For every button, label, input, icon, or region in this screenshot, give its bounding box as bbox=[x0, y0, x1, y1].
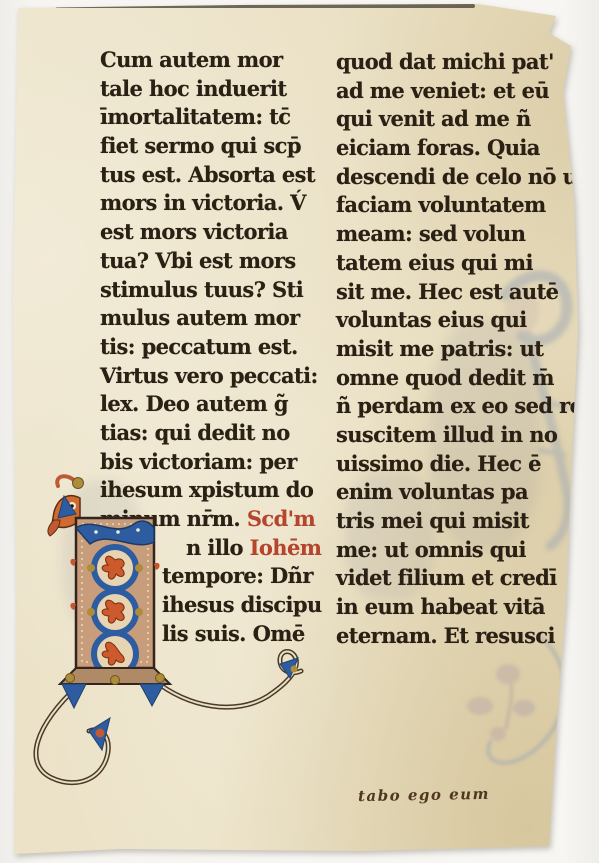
text-line: me: ut omnis qui bbox=[336, 536, 586, 565]
body-text: fiet sermo qui scp̄ bbox=[100, 133, 301, 158]
body-text: tus est. Absorta est bbox=[100, 162, 315, 187]
body-text: me: ut omnis qui bbox=[336, 537, 526, 562]
text-line: in eum habeat vitā bbox=[336, 593, 586, 622]
text-line: videt filium et credī bbox=[336, 564, 586, 593]
text-column-right: quod dat michi pat'ad me veniet: et eūqu… bbox=[336, 48, 586, 650]
text-line: misit me patris: ut bbox=[336, 335, 586, 364]
body-text: īmortalitatem: tc̄ bbox=[100, 104, 290, 129]
body-text: descendi de celo nō ut bbox=[336, 164, 586, 189]
text-line: eiciam foras. Quia bbox=[336, 134, 586, 163]
body-text: sit me. Hec est autē bbox=[336, 279, 558, 304]
showthrough-sprig-icon bbox=[420, 630, 590, 800]
body-text: eternam. Et resusci bbox=[336, 623, 555, 648]
text-line: tatem eius qui mi bbox=[336, 249, 586, 278]
text-line: ñ perdam ex eo sed re bbox=[336, 392, 586, 421]
flourish-right-tail-icon bbox=[154, 652, 301, 708]
text-line: meam: sed volun bbox=[336, 220, 586, 249]
text-line: fiet sermo qui scp̄ bbox=[100, 132, 322, 161]
illuminated-initial bbox=[18, 468, 318, 798]
body-text: est mors victoria bbox=[100, 219, 288, 244]
catchword: tabo ego eum bbox=[358, 785, 490, 805]
body-text: faciam voluntatem bbox=[336, 192, 546, 217]
text-line: enim voluntas pa bbox=[336, 478, 586, 507]
body-text: Virtus vero peccati: bbox=[100, 363, 318, 388]
body-text: eiciam foras. Quia bbox=[336, 135, 540, 160]
body-text: tua? Vbi est mors bbox=[100, 248, 296, 273]
text-line: Virtus vero peccati: bbox=[100, 362, 322, 391]
text-line: voluntas eius qui bbox=[336, 306, 586, 335]
body-text: uissimo die. Hec ē bbox=[336, 451, 541, 476]
body-text: enim voluntas pa bbox=[336, 479, 528, 504]
body-text: suscitem illud in no bbox=[336, 422, 557, 447]
text-line: tus est. Absorta est bbox=[100, 161, 322, 190]
body-text: tale hoc induerit bbox=[100, 76, 286, 101]
text-line: tias: qui dedit no bbox=[100, 419, 322, 448]
text-line: sit me. Hec est autē bbox=[336, 278, 586, 307]
text-line: mors in victoria. V́ bbox=[100, 189, 322, 218]
text-line: Cum autem mor bbox=[100, 46, 322, 75]
page-background: Cum autem mortale hoc indueritīmortalita… bbox=[0, 0, 599, 863]
body-text: tias: qui dedit no bbox=[100, 420, 290, 445]
body-text: misit me patris: ut bbox=[336, 336, 543, 361]
text-line: suscitem illud in no bbox=[336, 421, 586, 450]
body-text: tis: peccatum est. bbox=[100, 334, 298, 359]
body-text: omne quod dedit m̄ bbox=[336, 365, 554, 390]
text-line: uissimo die. Hec ē bbox=[336, 450, 586, 479]
text-line: quod dat michi pat' bbox=[336, 48, 586, 77]
text-line: faciam voluntatem bbox=[336, 191, 586, 220]
body-text: mors in victoria. V́ bbox=[100, 190, 306, 215]
manuscript-leaf: Cum autem mortale hoc indueritīmortalita… bbox=[0, 0, 599, 863]
body-text: tris mei qui misit bbox=[336, 508, 529, 533]
text-line: eternam. Et resusci bbox=[336, 622, 586, 651]
initial-bar bbox=[58, 496, 170, 708]
text-line: mulus autem mor bbox=[100, 304, 322, 333]
text-line: tale hoc induerit bbox=[100, 75, 322, 104]
base-dart-icon bbox=[140, 684, 164, 706]
body-text: lex. Deo autem g̃ bbox=[100, 391, 288, 416]
text-line: omne quod dedit m̄ bbox=[336, 364, 586, 393]
text-line: ad me veniet: et eū bbox=[336, 77, 586, 106]
text-line: lex. Deo autem g̃ bbox=[100, 390, 322, 419]
body-text: ad me veniet: et eū bbox=[336, 78, 549, 103]
text-line: īmortalitatem: tc̄ bbox=[100, 103, 322, 132]
text-line: descendi de celo nō ut bbox=[336, 163, 586, 192]
body-text: stimulus tuus? Sti bbox=[100, 277, 303, 302]
body-text: in eum habeat vitā bbox=[336, 594, 545, 619]
leaf-top-edge-shadow bbox=[55, 4, 475, 8]
text-line: tis: peccatum est. bbox=[100, 333, 322, 362]
body-text: ñ perdam ex eo sed re bbox=[336, 393, 582, 418]
body-text: quod dat michi pat' bbox=[336, 49, 554, 74]
text-line: est mors victoria bbox=[100, 218, 322, 247]
body-text: voluntas eius qui bbox=[336, 307, 527, 332]
manuscript-leaf-wrap: Cum autem mortale hoc indueritīmortalita… bbox=[0, 0, 599, 863]
body-text: qui venit ad me ñ bbox=[336, 106, 531, 131]
body-text: Cum autem mor bbox=[100, 47, 282, 72]
text-line: tua? Vbi est mors bbox=[100, 247, 322, 276]
text-line: qui venit ad me ñ bbox=[336, 105, 586, 134]
body-text: videt filium et credī bbox=[336, 565, 557, 590]
text-line: tris mei qui misit bbox=[336, 507, 586, 536]
body-text: mulus autem mor bbox=[100, 305, 300, 330]
text-line: stimulus tuus? Sti bbox=[100, 276, 322, 305]
body-text: tatem eius qui mi bbox=[336, 250, 533, 275]
body-text: meam: sed volun bbox=[336, 221, 525, 246]
